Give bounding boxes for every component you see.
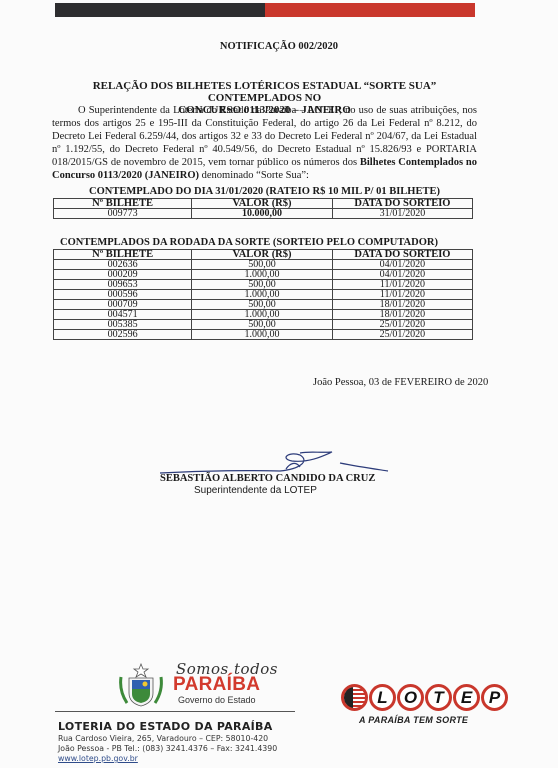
gov-subtitle: Governo do Estado [178, 695, 256, 705]
cell-data: 18/01/2020 [332, 300, 472, 310]
lotep-letter: E [453, 684, 480, 711]
column-header-data: DATA DO SORTEIO [332, 199, 472, 209]
cell-bilhete: 000709 [54, 300, 192, 310]
cell-data: 31/01/2020 [332, 209, 472, 219]
table-row: 00977310.000,0031/01/2020 [54, 209, 473, 219]
lotep-letter: P [481, 684, 508, 711]
column-header-bilhete: Nº BILHETE [54, 199, 192, 209]
cell-valor: 500,00 [192, 280, 333, 290]
section1-table: Nº BILHETE VALOR (R$) DATA DO SORTEIO 00… [53, 198, 473, 219]
subtitle-line-1: RELAÇÃO DOS BILHETES LOTÉRICOS ESTADUAL … [52, 80, 477, 104]
intro-text-end: denominado “Sorte Sua”: [199, 170, 309, 181]
table-row: 009653500,0011/01/2020 [54, 280, 473, 290]
intro-paragraph: O Superintendente da Loteria do Estado d… [52, 104, 477, 182]
cell-bilhete: 002596 [54, 330, 192, 340]
section1-title: CONTEMPLADO DO DIA 31/01/2020 (RATEIO R$… [52, 186, 477, 198]
table-row: 0025961.000,0025/01/2020 [54, 330, 473, 340]
lotep-slogan: A PARAÍBA TEM SORTE [359, 715, 468, 725]
column-header-valor: VALOR (R$) [192, 199, 333, 209]
place-date: João Pessoa, 03 de FEVEREIRO de 2020 [313, 377, 488, 388]
cell-valor: 1.000,00 [192, 310, 333, 320]
lotep-letter: O [397, 684, 424, 711]
cell-valor: 500,00 [192, 260, 333, 270]
cell-valor: 1.000,00 [192, 290, 333, 300]
cell-valor: 500,00 [192, 300, 333, 310]
column-header-data: DATA DO SORTEIO [332, 250, 472, 260]
cell-bilhete: 009653 [54, 280, 192, 290]
table-row: 005385500,0025/01/2020 [54, 320, 473, 330]
cell-valor: 500,00 [192, 320, 333, 330]
address-line-1: Rua Cardoso Vieira, 265, Varadouro – CEP… [58, 734, 268, 743]
table-row: 000709500,0018/01/2020 [54, 300, 473, 310]
column-header-valor: VALOR (R$) [192, 250, 333, 260]
org-name: LOTERIA DO ESTADO DA PARAÍBA [58, 720, 273, 733]
signature-scribble [160, 449, 390, 475]
cell-valor: 1.000,00 [192, 270, 333, 280]
table-header-row: Nº BILHETE VALOR (R$) DATA DO SORTEIO [54, 250, 473, 260]
section2-title: CONTEMPLADOS DA RODADA DA SORTE (SORTEIO… [52, 237, 485, 249]
cell-data: 11/01/2020 [332, 290, 472, 300]
header-bar-dark [55, 3, 265, 17]
cell-data: 18/01/2020 [332, 310, 472, 320]
cell-data: 25/01/2020 [332, 320, 472, 330]
cell-bilhete: 002636 [54, 260, 192, 270]
column-header-bilhete: Nº BILHETE [54, 250, 192, 260]
table-row: 002636500,0004/01/2020 [54, 260, 473, 270]
header-bar-red [265, 3, 475, 17]
cell-bilhete: 004571 [54, 310, 192, 320]
lotep-logo: L O T E P [341, 684, 508, 711]
signatory-role: Superintendente da LOTEP [194, 485, 317, 496]
header-color-bar [55, 3, 475, 17]
cell-data: 25/01/2020 [332, 330, 472, 340]
lotep-letter: T [425, 684, 452, 711]
coat-of-arms-icon [117, 663, 165, 707]
footer-divider [55, 711, 295, 712]
website-link[interactable]: www.lotep.pb.gov.br [58, 754, 138, 763]
cell-bilhete: 005385 [54, 320, 192, 330]
cell-valor: 10.000,00 [192, 209, 333, 219]
signatory-name: SEBASTIÃO ALBERTO CANDIDO DA CRUZ [160, 473, 375, 484]
table-row: 0045711.000,0018/01/2020 [54, 310, 473, 320]
section2-table: Nº BILHETE VALOR (R$) DATA DO SORTEIO 00… [53, 249, 473, 340]
cell-data: 04/01/2020 [332, 270, 472, 280]
gov-state-name: PARAÍBA [173, 674, 260, 696]
flag-ball-icon [341, 684, 368, 711]
cell-bilhete: 009773 [54, 209, 192, 219]
table-header-row: Nº BILHETE VALOR (R$) DATA DO SORTEIO [54, 199, 473, 209]
table-row: 0002091.000,0004/01/2020 [54, 270, 473, 280]
table-row: 0005961.000,0011/01/2020 [54, 290, 473, 300]
cell-bilhete: 000596 [54, 290, 192, 300]
address-line-2: João Pessoa - PB Tel.: (083) 3241.4376 –… [58, 744, 277, 753]
cell-data: 11/01/2020 [332, 280, 472, 290]
cell-valor: 1.000,00 [192, 330, 333, 340]
notification-title: NOTIFICAÇÃO 002/2020 [0, 41, 558, 52]
cell-bilhete: 000209 [54, 270, 192, 280]
cell-data: 04/01/2020 [332, 260, 472, 270]
lotep-letter: L [369, 684, 396, 711]
